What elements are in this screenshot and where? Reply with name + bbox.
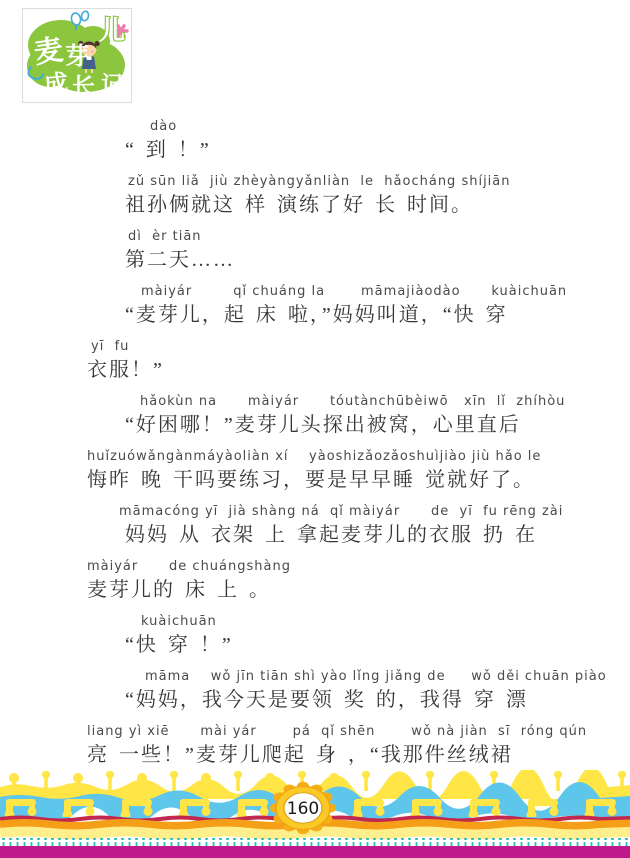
text-line: dào “ 到 ！” — [87, 118, 557, 173]
hanzi-line: 第二天…… — [125, 245, 557, 275]
text-line: dì èr tiān 第二天…… — [87, 228, 557, 283]
footer-border-illustration: 160 — [0, 770, 630, 858]
hanzi-line: 麦芽儿的 床 上 。 — [87, 575, 557, 605]
logo-char-mai: 麦 — [32, 33, 65, 70]
pinyin-line: māmacóng yī jià shàng ná qǐ màiyár de yī… — [119, 503, 557, 520]
pinyin-line: kuàichuān — [141, 613, 557, 630]
logo-char-zhang: 长 — [72, 73, 95, 99]
logo-illustration: 麦 芽 儿 成 长 记 — [23, 9, 131, 102]
hanzi-line: 妈妈 从 衣架 上 拿起麦芽儿的衣服 扔 在 — [125, 520, 557, 550]
text-line: hǎokùn na màiyár tóutànchūbèiwō xīn lǐ z… — [87, 393, 557, 448]
pinyin-line: liang yì xiē mài yár pá qǐ shēn wǒ nà ji… — [87, 723, 557, 740]
hanzi-line: “妈妈，我今天是要领 奖 的，我得 穿 漂 — [125, 685, 557, 715]
text-line: māma wǒ jīn tiān shì yào lǐng jiǎng de w… — [87, 668, 557, 723]
text-line: māmacóng yī jià shàng ná qǐ màiyár de yī… — [87, 503, 557, 558]
text-line: kuàichuān “快 穿 ！” — [87, 613, 557, 668]
hanzi-line: 祖孙俩就这 样 演练了好 长 时间。 — [125, 190, 557, 220]
pinyin-line: màiyár qǐ chuáng la māmajiàodào kuàichuā… — [141, 283, 557, 300]
pinyin-line: yī fu — [91, 338, 557, 355]
story-text: dào “ 到 ！” zǔ sūn liǎ jiù zhèyàngyǎnliàn… — [87, 118, 557, 778]
pinyin-line: māma wǒ jīn tiān shì yào lǐng jiǎng de w… — [145, 668, 557, 685]
pinyin-line: dì èr tiān — [128, 228, 557, 245]
pinyin-line: màiyár de chuángshàng — [87, 558, 557, 575]
text-line: zǔ sūn liǎ jiù zhèyàngyǎnliàn le hǎochán… — [87, 173, 557, 228]
pinyin-line: zǔ sūn liǎ jiù zhèyàngyǎnliàn le hǎochán… — [128, 173, 557, 190]
book-page: 麦 芽 儿 成 长 记 dào “ 到 ！” zǔ sūn liǎ jiù zh… — [0, 0, 630, 858]
hanzi-line: 亮 一些！”麦芽儿爬起 身 ，“我那件丝绒裙 — [87, 740, 557, 770]
hanzi-line: “快 穿 ！” — [125, 630, 557, 660]
logo-char-ya: 芽 — [65, 43, 89, 70]
hanzi-line: 衣服！” — [87, 355, 557, 385]
pinyin-line: dào — [150, 118, 557, 135]
hanzi-line: “好困哪！”麦芽儿头探出被窝，心里直后 — [125, 410, 557, 440]
hanzi-line: “ 到 ！” — [125, 135, 557, 165]
logo-char-ji: 记 — [101, 72, 123, 97]
text-line: huǐzuówǎngànmáyàoliàn xí yàoshizǎozǎoshu… — [87, 448, 557, 503]
pinyin-line: hǎokùn na màiyár tóutànchūbèiwō xīn lǐ z… — [140, 393, 557, 410]
text-line: màiyár qǐ chuáng la māmajiàodào kuàichuā… — [87, 283, 557, 338]
text-line: màiyár de chuángshàng 麦芽儿的 床 上 。 — [87, 558, 557, 613]
hanzi-line: “麦芽儿，起 床 啦，”妈妈叫道，“快 穿 — [125, 300, 557, 330]
logo-char-cheng: 成 — [43, 70, 69, 99]
pinyin-line: huǐzuówǎngànmáyàoliàn xí yàoshizǎozǎoshu… — [87, 448, 557, 465]
hanzi-line: 悔昨 晚 干吗要练习，要是早早睡 觉就好了。 — [87, 465, 557, 495]
footer-border: 160 — [0, 770, 630, 858]
text-line: yī fu 衣服！” — [87, 338, 557, 393]
logo-char-er: 儿 — [99, 15, 125, 45]
series-logo: 麦 芽 儿 成 长 记 — [22, 8, 132, 103]
page-number: 160 — [287, 799, 319, 819]
